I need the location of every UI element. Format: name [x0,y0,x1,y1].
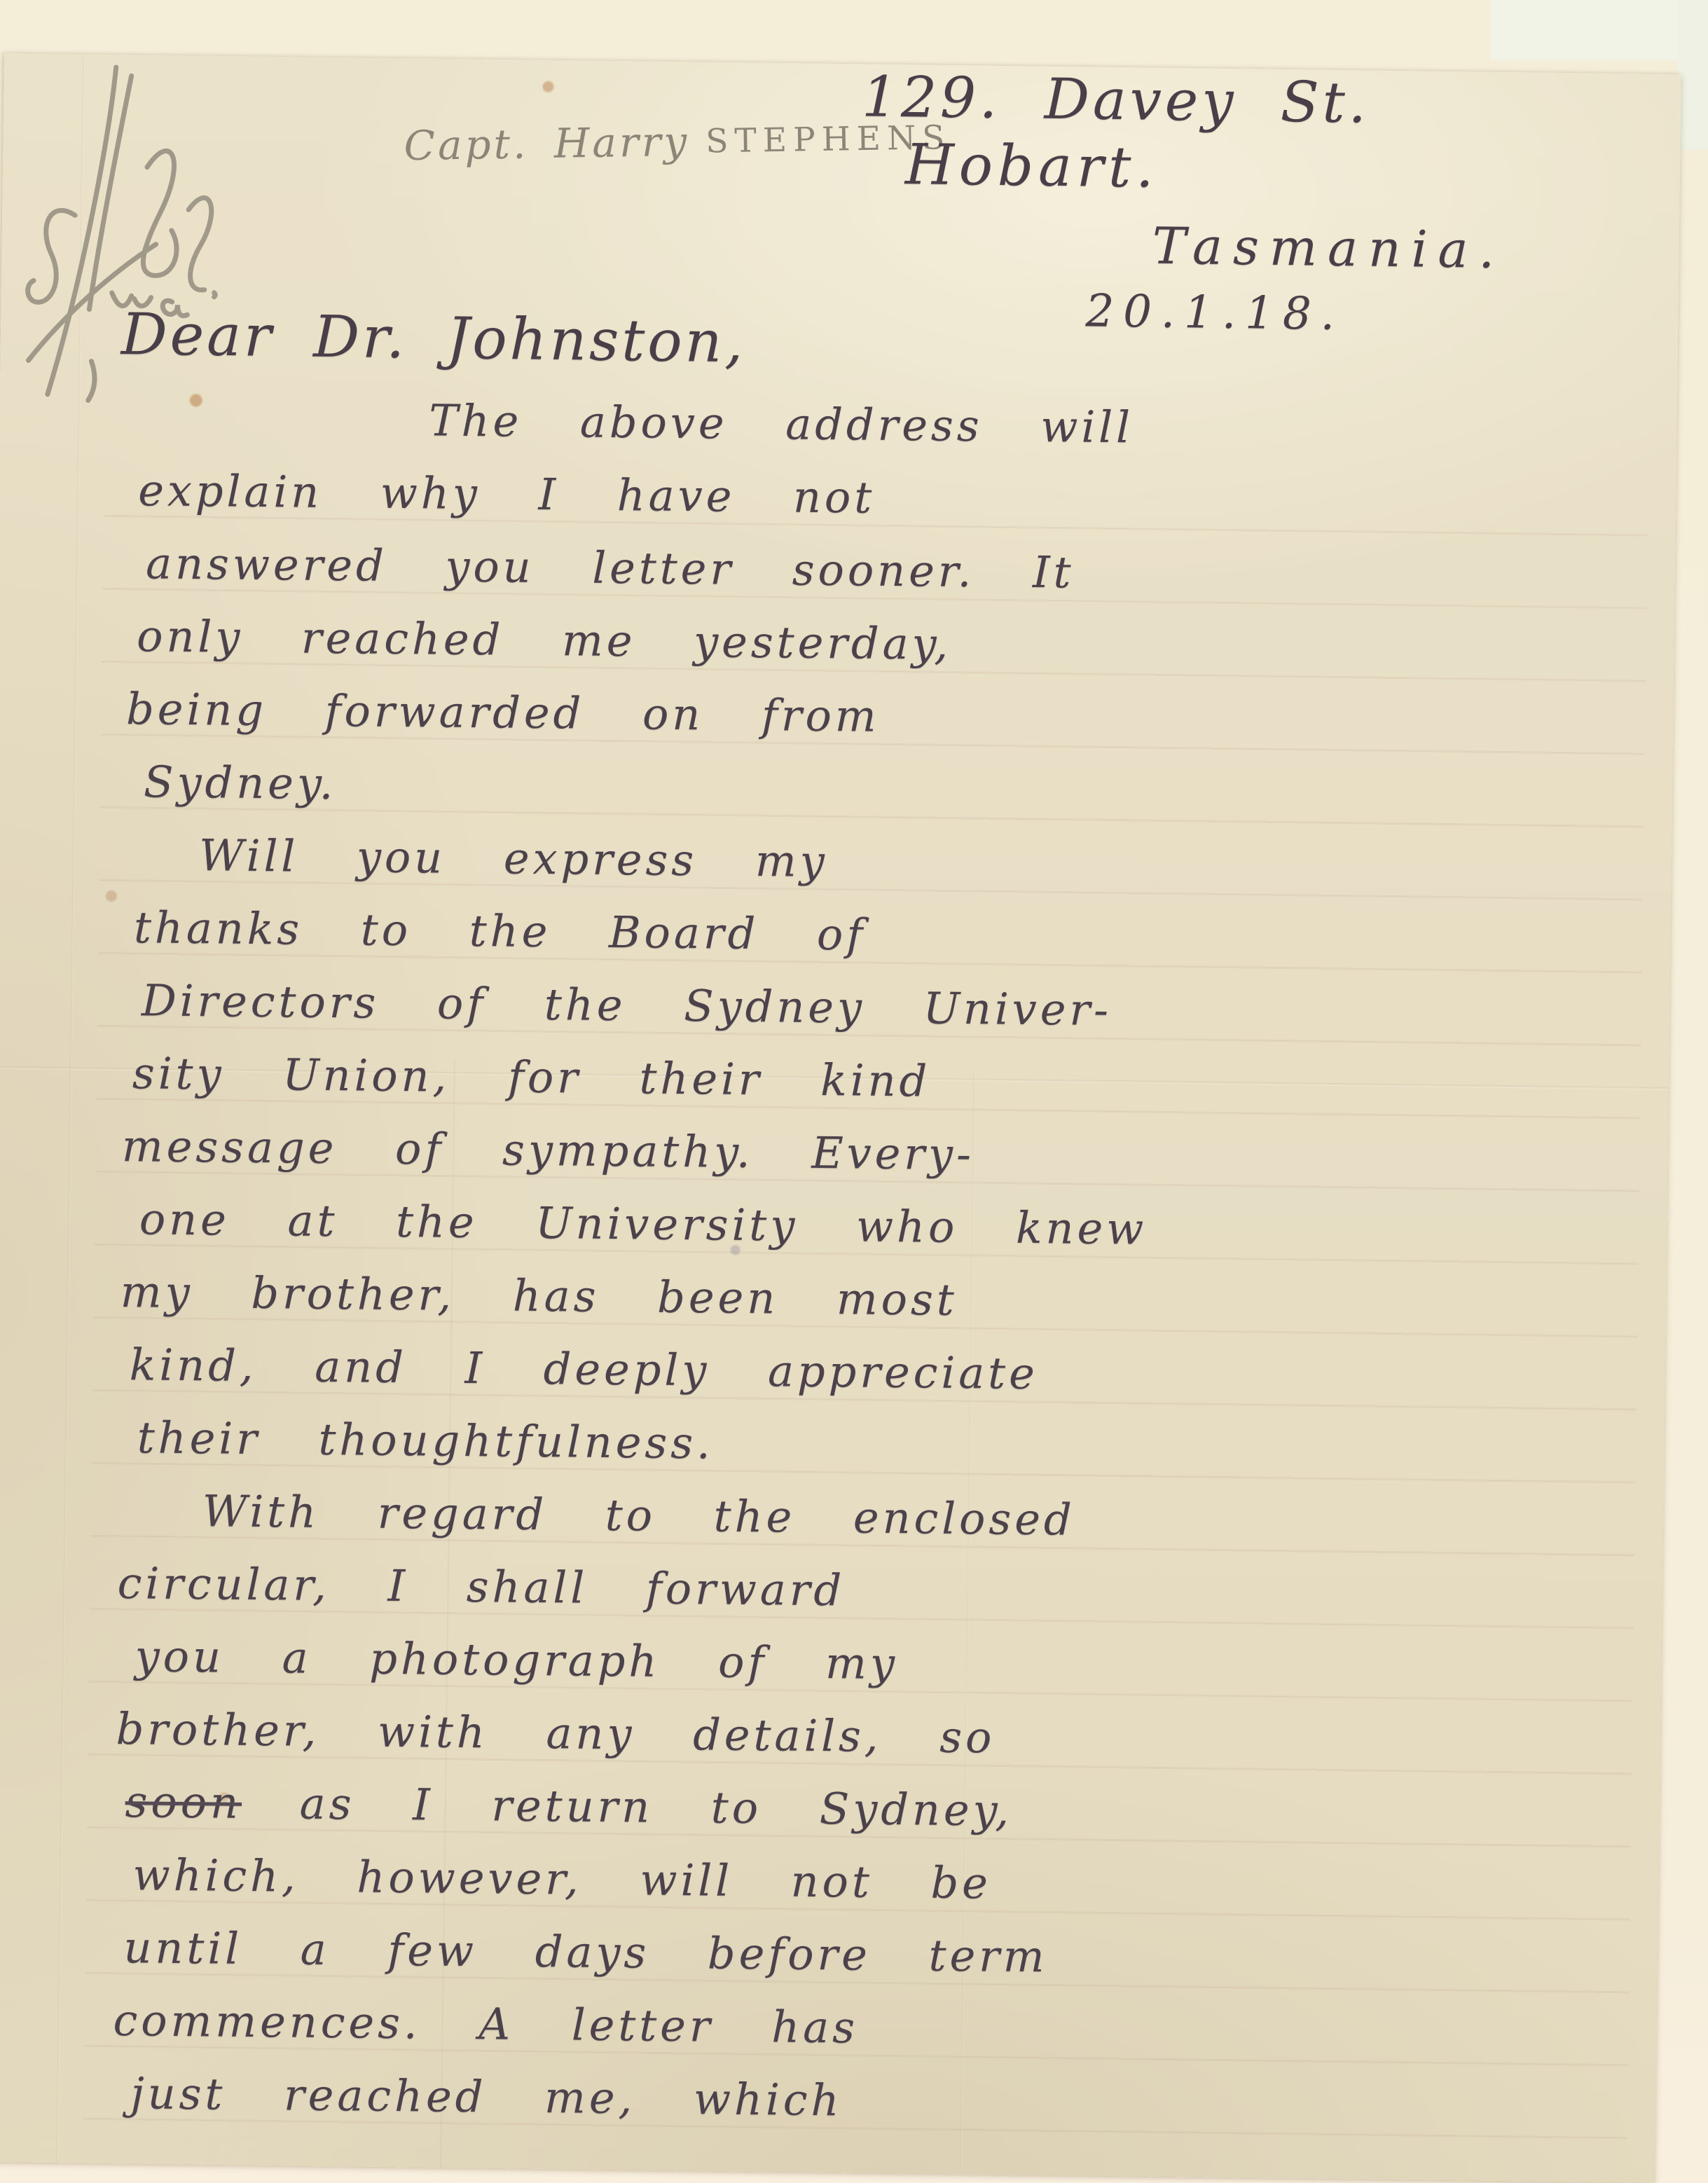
letter-text-segment: thanks to the Board of [134,902,867,960]
letter-text-segment: Will you express my [199,829,828,887]
letter-body: The above address willexplain why I have… [112,392,1657,2156]
pencil-annotation-script: Capt. Harry [404,118,690,170]
scanned-letter-page: { "letter": { "pencil_annotation": { "sc… [0,0,1708,2183]
address-line-state: Tasmania. [1152,216,1506,280]
letter-text-segment: message of sympathy. Every- [122,1120,975,1180]
letter-text-segment: their thoughtfulness. [137,1412,714,1468]
letter-text-segment: one at the University who knew [139,1193,1148,1254]
letter-text-segment: you a photograph of my [135,1630,898,1689]
letter-line: just reached me, which [130,2067,1640,2155]
letter-text-segment: With regard to the enclosed [202,1485,1075,1545]
letter-text-segment: my brother, has been most [120,1266,958,1325]
struck-word: soon [125,1776,242,1829]
letter-text-segment: circular, I shall forward [117,1557,845,1616]
letter-text-segment: brother, with any details, so [116,1703,995,1763]
letter-text-segment: The above address will [429,394,1134,453]
letter-text-segment: just reached me, which [130,2067,843,2126]
backing-sheet-top-right [1491,0,1708,60]
letter-text-segment: until a few days before term [123,1922,1048,1982]
address-line-street: 129. Davey St. [862,64,1370,135]
pencil-scribble-mark [5,59,241,440]
letter-text-segment: as I return to Sydney, [242,1777,1013,1836]
letter-text-segment: only reached me yesterday, [137,610,952,670]
address-line-city: Hobart. [905,132,1159,200]
letter-text-segment: being forwarded on from [126,683,880,742]
letter-text-segment: sity Union, for their kind [132,1047,931,1106]
letter-text-segment: commences. A letter has [113,1995,858,2053]
letter-page: Capt. Harry STEPHENS 129. Davey St. Hoba… [0,53,1681,2183]
letter-text-segment: kind, and I deeply appreciate [130,1339,1039,1399]
letter-text-segment: explain why I have not [138,464,876,523]
salutation: Dear Dr. Johnston, [120,301,746,376]
letter-text-segment: answered you letter sooner. It [146,537,1075,598]
backing-sheet-right-edge [1677,0,1708,150]
letter-text-segment: Sydney. [144,756,337,809]
letter-text-segment: which, however, will not be [132,1849,991,1908]
letter-text-segment: Directors of the Sydney Univer- [142,975,1113,1035]
date-line: 20.1.18. [1085,285,1344,340]
